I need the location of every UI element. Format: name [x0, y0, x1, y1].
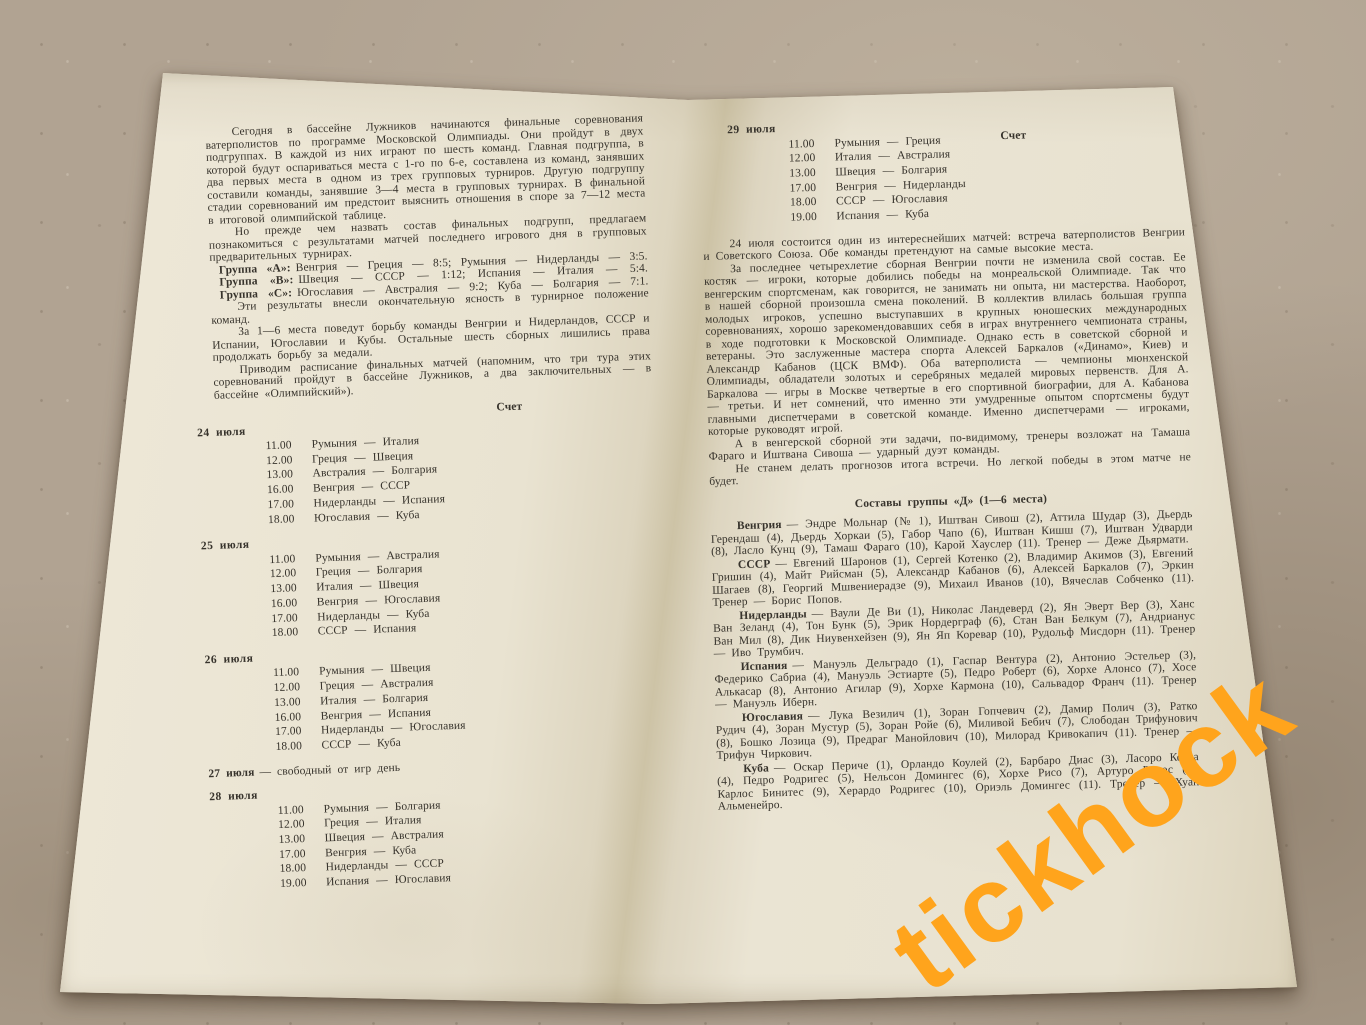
match-time: 11.00 [273, 665, 319, 681]
vs-dash: — [388, 858, 414, 874]
match-time: 11.00 [788, 136, 834, 152]
away-team: Италия [385, 814, 422, 830]
match-time: 19.00 [280, 876, 326, 892]
article-paragraph: За последнее четырехлетие сборная Венгри… [704, 251, 1190, 439]
day-rows: 11.00Румыния—Италия 12.00Греция—Швеция 1… [215, 426, 656, 529]
vs-dash: — [369, 873, 395, 889]
match-time: 13.00 [278, 831, 324, 847]
away-team: Куба [405, 606, 429, 621]
rest-day-date: 27 июля [208, 766, 254, 780]
away-team: Австралия [386, 547, 440, 563]
vs-dash: — [354, 678, 380, 694]
home-team: Румыния [834, 135, 880, 151]
vs-dash: — [362, 707, 388, 723]
match-time: 18.00 [275, 738, 321, 754]
vs-dash: — [351, 564, 377, 580]
vs-dash: — [361, 549, 387, 565]
home-team: Венгрия [320, 708, 362, 724]
vs-dash: — [380, 607, 406, 623]
schedule-day-25-july: 25 июля 11.00Румыния—Австралия 12.00Грец… [219, 525, 660, 642]
home-team: Румыния [311, 436, 357, 452]
away-team: Югославия [384, 591, 441, 608]
home-team: Венгрия [317, 594, 359, 610]
away-team: Болгария [391, 463, 437, 479]
home-team: Италия [320, 693, 357, 709]
home-team: Швеция [324, 830, 365, 846]
match-time: 16.00 [274, 709, 320, 725]
home-team: СССР [321, 737, 351, 753]
home-team: Венгрия [835, 179, 877, 195]
vs-dash: — [875, 164, 901, 179]
away-team: Испания [373, 622, 417, 638]
vs-dash: — [347, 450, 373, 466]
match-time: 11.00 [269, 551, 315, 567]
match-time: 12.00 [273, 680, 319, 696]
away-team: Югославия [409, 719, 466, 736]
article: 24 июля состоится один из интереснейших … [703, 226, 1191, 489]
home-team: Румыния [323, 801, 369, 817]
away-team: Куба [392, 843, 416, 858]
vs-dash: — [354, 479, 380, 495]
match-time: 17.00 [271, 610, 317, 626]
vs-dash: — [866, 193, 892, 208]
day-rows: 11.00Румыния—Австралия 12.00Греция—Болга… [219, 540, 660, 643]
home-team: Италия [835, 150, 872, 166]
match-time: 17.00 [279, 846, 325, 862]
team-country: СССР [738, 558, 771, 571]
team-country: Испания [740, 660, 787, 673]
match-time: 13.00 [270, 581, 316, 597]
away-team: Испания [402, 492, 446, 508]
paragraph: Сегодня в бассейне Лужников начинаются ф… [205, 112, 646, 226]
home-team: Румыния [315, 550, 361, 566]
match-time: 12.00 [789, 151, 835, 167]
match-time: 17.00 [267, 496, 313, 512]
match-time: 16.00 [271, 595, 317, 611]
match-time: 13.00 [789, 165, 835, 181]
home-team: Испания [836, 208, 879, 224]
vs-dash: — [356, 692, 382, 708]
away-team: Болгария [382, 691, 428, 707]
home-team: Греция [316, 565, 352, 581]
vs-dash: — [877, 178, 903, 193]
vs-dash: — [359, 815, 385, 831]
schedule-day-24-july: 24 июля 11.00Румыния—Италия 12.00Греция—… [215, 412, 656, 529]
away-team: Швеция [373, 449, 414, 465]
right-page: Счет 29 июля 11.00Румыния—Греция 12.00Ит… [700, 112, 1200, 814]
rest-day-note: 27 июля— свободный от игр день [208, 753, 664, 781]
intro-paragraphs: Сегодня в бассейне Лужников начинаются ф… [205, 112, 647, 264]
home-team: Греция [319, 678, 355, 694]
vs-dash: — [871, 149, 897, 164]
vs-dash: — [370, 508, 396, 524]
away-team: Куба [377, 736, 401, 751]
away-team: Куба [905, 207, 929, 222]
day-rows: 11.00Румыния—Болгария 12.00Греция—Италия… [228, 791, 669, 894]
summary-paragraphs: Эти результаты внесли окончательную ясно… [211, 287, 652, 401]
away-team: СССР [414, 857, 444, 873]
vs-dash: — [351, 737, 377, 753]
match-time: 18.00 [268, 511, 314, 527]
team-country: Куба [743, 762, 769, 775]
vs-dash: — [367, 844, 393, 860]
away-team: Болгария [901, 162, 947, 178]
vs-dash: — [353, 579, 379, 595]
home-team: Швеция [835, 164, 876, 180]
home-team: Испания [326, 874, 370, 890]
vs-dash: — [364, 663, 390, 679]
away-team: Швеция [378, 577, 419, 593]
day-rows: 11.00Румыния—Греция 12.00Италия—Австрали… [700, 127, 1184, 228]
match-time: 11.00 [265, 438, 311, 454]
away-team: Нидерланды [903, 177, 966, 193]
away-team: СССР [380, 479, 410, 495]
rest-day-text: — свободный от игр день [259, 762, 400, 779]
away-team: Швеция [390, 661, 431, 677]
match-time: 13.00 [266, 467, 312, 483]
team-country: Венгрия [737, 519, 782, 532]
schedule-day-29-july: 29 июля 11.00Румыния—Греция 12.00Италия—… [700, 112, 1185, 227]
away-team: Австралия [390, 828, 444, 844]
home-team: СССР [836, 194, 866, 209]
match-time: 19.00 [790, 209, 836, 225]
away-team: Болгария [376, 562, 422, 578]
match-time: 16.00 [267, 482, 313, 498]
team-country: Югославия [742, 710, 803, 724]
match-time: 12.00 [266, 452, 312, 468]
match-time: 12.00 [270, 566, 316, 582]
match-time: 17.00 [275, 724, 321, 740]
match-time: 11.00 [277, 802, 323, 818]
vs-dash: — [358, 593, 384, 609]
away-team: Испания [388, 705, 432, 721]
match-time: 18.00 [272, 625, 318, 641]
away-team: Югославия [395, 871, 452, 888]
match-time: 18.00 [790, 195, 836, 211]
booklet: Сегодня в бассейне Лужников начинаются ф… [0, 0, 1366, 1025]
left-page: Сегодня в бассейне Лужников начинаются ф… [205, 112, 669, 904]
home-team: Югославия [314, 509, 371, 526]
vs-dash: — [384, 721, 410, 737]
match-time: 12.00 [278, 817, 324, 833]
day-rows: 11.00Румыния—Швеция 12.00Греция—Австрали… [223, 654, 664, 757]
schedule-day-28-july: 28 июля 11.00Румыния—Болгария 12.00Греци… [227, 776, 668, 893]
vs-dash: — [365, 829, 391, 845]
home-team: СССР [318, 624, 348, 640]
vs-dash: — [376, 493, 402, 509]
match-time: 17.00 [790, 180, 836, 196]
home-team: Венгрия [313, 480, 355, 496]
vs-dash: — [365, 464, 391, 480]
away-team: Болгария [394, 798, 440, 814]
match-time: 13.00 [274, 694, 320, 710]
home-team: Греция [312, 451, 348, 467]
vs-dash: — [347, 623, 373, 639]
schedule-day-26-july: 26 июля 11.00Румыния—Швеция 12.00Греция—… [222, 639, 663, 756]
vs-dash: — [880, 134, 906, 149]
away-team: Куба [396, 508, 420, 523]
vs-dash: — [879, 208, 905, 223]
home-team: Италия [316, 579, 353, 595]
away-team: Италия [382, 434, 419, 450]
photo-background: Сегодня в бассейне Лужников начинаются ф… [0, 0, 1366, 1025]
home-team: Румыния [319, 663, 365, 679]
group-label: Группа «В»: [219, 274, 293, 288]
home-team: Венгрия [325, 845, 367, 861]
away-team: Австралия [897, 148, 951, 164]
team-country: Нидерланды [739, 608, 807, 622]
score-column-label: Счет [496, 396, 652, 414]
score-column-label: Счет [1000, 129, 1026, 142]
vs-dash: — [357, 435, 383, 451]
match-time: 18.00 [279, 861, 325, 877]
home-team: Греция [324, 816, 360, 832]
away-team: Греция [905, 133, 940, 149]
vs-dash: — [369, 800, 395, 816]
away-team: Югославия [891, 192, 948, 208]
